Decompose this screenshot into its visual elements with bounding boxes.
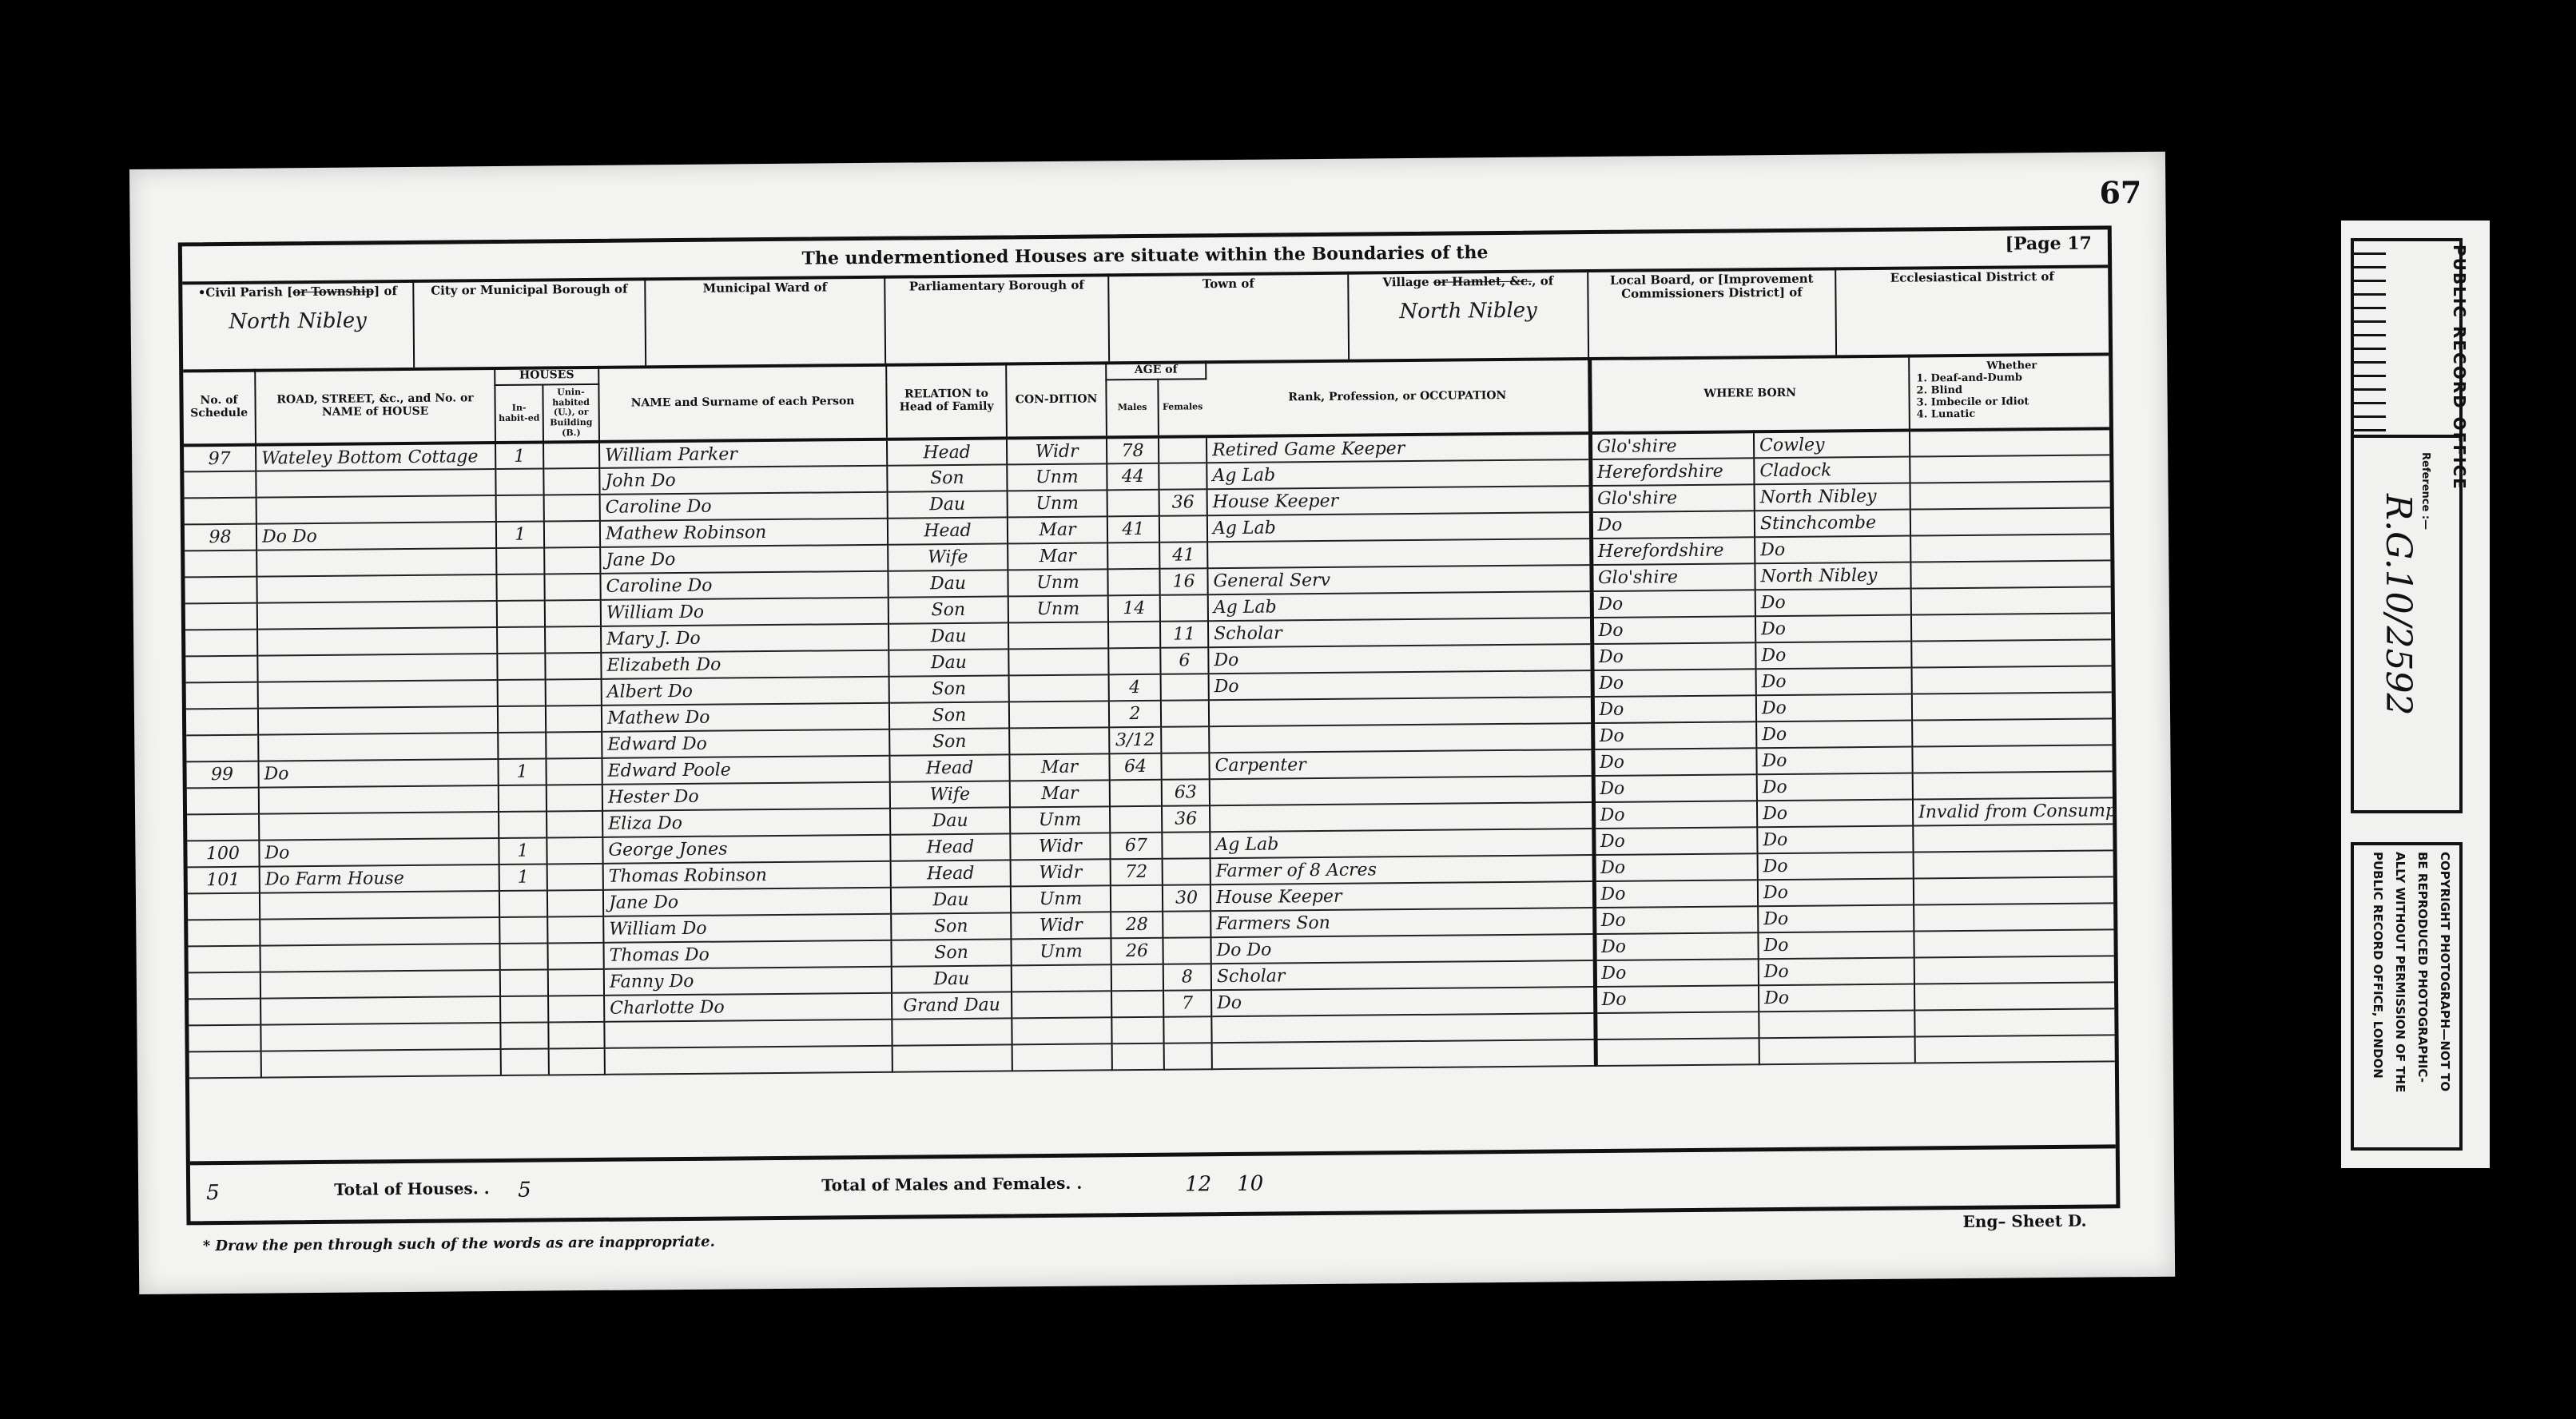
road-name-cell [258,706,498,735]
infirmity-cell [1913,772,2113,800]
total-houses-label: Total of Houses. . [334,1179,490,1199]
relation-cell: Head [890,834,1010,861]
person-name-cell: Mathew Robinson [600,519,888,547]
born-county-cell: Do [1595,960,1759,988]
born-county-cell: Do [1594,854,1758,882]
schedule-number-cell: 99 [186,761,258,789]
person-name-cell: Thomas Robinson [603,861,891,890]
born-county-cell: Do [1593,801,1757,829]
infirmity-cell [1911,640,2111,668]
condition-cell [1008,649,1108,676]
person-name-cell: Thomas Do [603,940,891,969]
col-schedule: No. of Schedule [183,369,256,446]
condition-cell: Widr [1007,438,1107,465]
col-condition: CON-DITION [1006,361,1107,438]
total-males-value: 12 [1185,1172,1211,1196]
infirmity-cell [1910,561,2110,589]
schedule-number-cell: 101 [188,867,260,894]
road-name-cell: Do [258,759,498,788]
female-age-cell [1159,516,1207,543]
male-age-cell: 78 [1107,437,1159,464]
condition-cell: Widr [1010,833,1110,861]
relation-cell: Son [891,940,1011,967]
total-persons-label: Total of Males and Females. . [821,1174,1082,1195]
born-parish-cell: Do [1757,773,1913,801]
col-males: Males [1106,380,1159,438]
born-parish-cell: Do [1758,905,1914,933]
inhabited-count-cell [497,627,545,654]
road-name-cell [256,574,496,603]
relation-cell: Head [887,439,1007,466]
female-age-cell [1163,859,1210,886]
whether-option-4: 4. Lunatic [1917,407,2108,421]
occupation-cell [1210,802,1593,832]
infirmity-cell [1915,1035,2115,1063]
infirmity-cell [1910,482,2110,510]
footnote: * Draw the pen through such of the words… [203,1234,715,1255]
female-age-cell [1164,1043,1212,1071]
born-county-cell: Do [1593,828,1757,856]
female-age-cell: 11 [1160,622,1208,649]
female-age-cell: 7 [1163,991,1211,1018]
born-county-cell: Herefordshire [1590,459,1754,487]
male-age-cell: 67 [1110,833,1162,860]
village-cell: Village or Hamlet, &c., of North Nibley [1349,269,1589,360]
born-parish-cell: Do [1757,800,1913,828]
born-county-cell: Do [1594,933,1758,961]
inhabited-count-cell [499,944,547,971]
infirmity-cell [1914,904,2113,932]
local-board-cell: Local Board, or [Improvement Commissione… [1588,267,1837,357]
schedule-number-cell [189,1051,261,1079]
relation-cell: Head [888,518,1008,545]
born-county-cell: Herefordshire [1591,538,1755,566]
born-county-cell: Do [1594,880,1758,908]
village-label: Village [1382,275,1433,290]
person-name-cell: William Do [601,598,888,626]
born-county-cell: Do [1592,670,1756,698]
person-name-cell: Mary J. Do [601,624,888,653]
female-age-cell [1160,595,1208,622]
male-age-cell [1111,964,1163,992]
male-age-cell [1112,1043,1164,1071]
born-county-cell: Glo'shire [1591,564,1755,592]
person-name-cell: Charlotte Do [604,993,892,1022]
copyright-line-3: ALLY WITHOUT PERMISSION OF THE [2389,852,2411,1139]
town-label: Town of [1203,276,1254,292]
born-parish-cell: Do [1758,853,1914,880]
uninhabited-count-cell [544,547,600,574]
condition-cell: Unm [1011,886,1111,913]
uninhabited-count-cell [547,890,603,917]
relation-cell: Grand Dau [892,992,1012,1020]
reference-box: Reference :— R.G.10/2592 [2351,438,2463,813]
male-age-cell [1107,569,1159,596]
col-occupation: Rank, Profession, or OCCUPATION [1206,357,1590,436]
schedule-number-cell [186,735,258,762]
road-name-cell [259,812,499,841]
inhabited-count-cell [499,785,547,813]
relation-cell: Head [891,861,1011,888]
person-name-cell: John Do [599,466,887,495]
schedule-number-cell [185,498,256,525]
female-age-cell: 36 [1159,490,1207,517]
occupation-cell [1212,1039,1596,1069]
male-age-cell: 64 [1109,753,1161,781]
born-parish-cell: Do [1755,642,1911,670]
occupation-cell [1209,723,1592,753]
infirmity-cell [1910,535,2110,562]
village-value: North Nibley [1354,299,1582,324]
schedule-number-cell: 98 [185,524,256,551]
relation-cell: Son [889,729,1009,756]
born-county-cell: Do [1592,590,1755,618]
schedule-number-cell [188,946,260,973]
female-age-cell [1161,753,1209,781]
occupation-cell: Farmers Son [1210,908,1594,937]
occupation-cell: Do [1211,987,1595,1016]
born-county-cell: Do [1592,617,1755,645]
civil-parish-label-struck: or Township [292,284,374,299]
municipal-ward-label: Municipal Ward of [703,280,828,295]
census-table: No. of Schedule ROAD, STREET, &c., and N… [183,352,2115,1079]
born-county-cell [1595,1012,1759,1040]
person-name-cell: Eliza Do [602,809,890,837]
inhabited-count-cell [497,601,545,628]
male-age-cell [1111,991,1163,1018]
male-age-cell: 4 [1109,674,1161,702]
relation-cell: Dau [888,491,1008,519]
condition-cell: Mar [1008,517,1107,544]
person-name-cell: William Do [603,914,891,943]
condition-cell: Unm [1007,464,1107,491]
occupation-cell [1211,1013,1595,1043]
road-name-cell [258,680,498,709]
condition-cell [1008,622,1108,650]
occupation-cell: Scholar [1208,618,1592,647]
road-name-cell [260,917,499,946]
born-parish-cell: Do [1757,826,1913,854]
uninhabited-count-cell [548,1022,604,1049]
condition-cell: Unm [1011,939,1111,966]
person-name-cell: Elizabeth Do [601,650,888,679]
female-age-cell: 8 [1163,964,1211,992]
male-age-cell [1107,543,1159,570]
person-name-cell: Jane Do [600,545,888,574]
schedule-number-cell [189,972,260,1000]
condition-cell: Mar [1010,781,1110,808]
female-age-cell: 36 [1162,806,1210,833]
female-age-cell [1162,833,1210,860]
relation-cell: Dau [892,966,1012,993]
infirmity-cell [1914,877,2113,905]
city-borough-cell: City or Municipal Borough of [414,277,646,368]
male-age-cell [1110,780,1162,807]
male-age-cell: 28 [1111,912,1163,939]
condition-cell: Unm [1008,491,1107,518]
condition-cell [1012,1018,1111,1045]
inhabited-count-cell [500,1023,548,1050]
male-age-cell: 2 [1109,701,1161,728]
occupation-cell [1207,539,1591,568]
male-age-cell: 26 [1111,938,1163,965]
inhabited-count-cell: 1 [498,759,546,786]
occupation-cell [1210,776,1593,805]
occupation-cell: House Keeper [1207,486,1591,515]
infirmity-cell [1914,956,2114,984]
uninhabited-count-cell [547,943,603,970]
born-county-cell: Do [1592,722,1756,750]
born-parish-cell [1759,1037,1915,1065]
uninhabited-count-cell [546,706,602,733]
public-record-office-strip: PUBLIC RECORD OFFICE Reference :— R.G.10… [2341,221,2490,1168]
born-parish-cell: North Nibley [1755,562,1910,590]
condition-cell: Widr [1011,912,1111,940]
born-county-cell: Do [1591,511,1755,539]
condition-cell [1012,965,1111,992]
road-name-cell [260,996,500,1025]
civil-parish-value: North Nibley [188,309,408,335]
inhabited-count-cell: 1 [496,522,544,549]
inhabited-count-cell [496,574,544,602]
road-name-cell [256,469,495,498]
born-county-cell: Glo'shire [1590,432,1754,460]
condition-cell [1009,702,1109,729]
road-name-cell: Wateley Bottom Cottage [256,443,495,471]
female-age-cell: 16 [1159,569,1207,596]
relation-cell: Head [889,755,1009,782]
occupation-cell: Ag Lab [1207,512,1591,542]
condition-cell: Unm [1010,807,1110,834]
infirmity-cell [1911,614,2111,642]
inhabited-count-cell [499,891,547,918]
condition-cell: Mar [1009,754,1109,781]
census-sheet: 67 The undermentioned Houses are situate… [129,152,2175,1294]
totals-margin-count: 5 [206,1181,220,1205]
male-age-cell [1108,622,1160,649]
col-uninhabited: Unin-habited (U.), or Building (B.) [543,384,599,443]
road-name-cell [256,495,496,524]
road-name-cell [260,970,500,999]
relation-cell: Dau [888,570,1008,598]
copyright-line-2: BE REPRODUCED PHOTOGRAPHIC- [2411,852,2434,1139]
female-age-cell: 6 [1160,648,1208,675]
male-age-cell [1107,490,1159,517]
road-name-cell [257,627,497,656]
female-age-cell: 30 [1163,885,1210,912]
born-county-cell: Do [1592,643,1755,671]
total-females-value: 10 [1237,1172,1263,1196]
occupation-cell: Do Do [1210,934,1594,964]
born-parish-cell: Do [1755,589,1911,617]
condition-cell: Widr [1011,860,1111,887]
inhabited-count-cell [497,654,545,681]
male-age-cell: 44 [1107,463,1159,491]
infirmity-cell [1914,930,2113,958]
parliamentary-borough-label: Parliamentary Borough of [909,278,1084,294]
uninhabited-count-cell [548,969,604,996]
person-name-cell: William Parker [599,439,887,468]
male-age-cell: 14 [1108,595,1160,622]
relation-cell [892,1019,1012,1046]
schedule-number-cell [188,893,260,920]
road-name-cell: Do Farm House [260,865,499,893]
occupation-cell [1209,697,1592,726]
female-age-cell [1161,727,1209,754]
occupation-cell: Scholar [1211,960,1595,990]
born-parish-cell: Do [1756,668,1912,696]
uninhabited-count-cell [544,495,600,522]
female-age-cell [1163,912,1210,939]
schedule-number-cell [184,471,256,499]
uninhabited-count-cell [546,679,602,706]
relation-cell: Son [888,597,1008,624]
born-parish-cell: Do [1758,932,1914,960]
inhabited-count-cell [498,706,546,733]
civil-parish-label-end: ] of [374,284,397,298]
born-parish-cell: Do [1755,536,1910,564]
female-age-cell [1159,437,1207,464]
relation-cell: Son [889,702,1009,729]
road-name-cell [258,733,498,761]
condition-cell [1012,992,1111,1019]
person-name-cell: Caroline Do [600,571,888,600]
occupation-cell: House Keeper [1210,881,1594,911]
sheet-id: Eng– Sheet D. [1963,1211,2087,1231]
born-county-cell: Glo'shire [1591,485,1755,513]
page-label: [Page 17 [2006,233,2093,255]
road-name-cell [257,654,497,682]
uninhabited-count-cell [546,732,602,759]
female-age-cell [1161,674,1209,702]
uninhabited-count-cell [547,837,602,865]
road-name-cell [260,891,499,920]
female-age-cell [1163,938,1210,965]
inhabited-count-cell [498,680,546,707]
uninhabited-count-cell [543,468,599,495]
born-parish-cell: Do [1755,615,1911,643]
civil-parish-cell: •Civil Parish [or Township] of North Nib… [182,280,415,370]
condition-cell [1009,675,1109,702]
road-name-cell [260,944,499,972]
total-houses-value: 5 [518,1179,531,1202]
infirmity-cell [1911,587,2111,615]
born-parish-cell [1759,1011,1914,1039]
born-county-cell: Do [1592,749,1756,777]
civil-parish-label: •Civil Parish [ [198,284,293,300]
col-relation: RELATION to Head of Family [886,362,1007,439]
uninhabited-count-cell [547,916,603,944]
col-name: NAME and Surname of each Person [598,364,887,442]
person-name-cell [605,1046,892,1075]
relation-cell: Dau [890,808,1010,835]
copyright-notice: COPYRIGHT PHOTOGRAPH—NOT TO BE REPRODUCE… [2351,842,2463,1151]
reference-value: R.G.10/2592 [2378,494,2419,715]
occupation-cell: Do [1208,644,1592,674]
relation-cell: Son [887,465,1007,492]
born-county-cell [1596,1039,1759,1067]
person-name-cell: George Jones [602,835,890,864]
schedule-number-cell [186,709,258,736]
relation-cell: Son [891,913,1011,940]
schedule-number-cell [185,656,257,683]
infirmity-cell [1910,455,2109,483]
male-age-cell: 41 [1107,516,1159,543]
condition-cell [1012,1044,1112,1071]
uninhabited-count-cell [543,442,599,469]
occupation-cell: Retired Game Keeper [1207,433,1590,463]
road-name-cell [256,548,496,577]
male-age-cell: 72 [1111,859,1163,886]
reference-label: Reference :— [2419,452,2431,530]
schedule-number-cell [188,920,260,947]
schedule-number-cell [187,814,259,841]
uninhabited-count-cell [549,1048,605,1075]
occupation-cell: Do [1209,670,1592,700]
relation-cell [892,1045,1012,1072]
person-name-cell: Jane Do [603,888,891,916]
born-parish-cell: Cladock [1754,457,1910,485]
male-age-cell [1111,1017,1163,1044]
person-name-cell: Albert Do [602,677,889,706]
born-parish-cell: Do [1759,958,1914,986]
col-age: AGE of [1106,360,1206,380]
inhabited-count-cell [496,548,544,575]
schedule-number-cell [189,999,260,1026]
col-females: Females [1158,379,1207,437]
uninhabited-count-cell [544,521,600,548]
uninhabited-count-cell [545,653,601,680]
infirmity-cell [1912,719,2112,747]
relation-cell: Dau [888,623,1008,650]
schedule-number-cell [185,551,256,578]
infirmity-cell [1914,851,2113,879]
uninhabited-count-cell [544,574,600,601]
uninhabited-count-cell [547,811,602,838]
inhabited-count-cell [499,917,547,944]
census-rows: 97Wateley Bottom Cottage1William ParkerH… [184,429,2115,1079]
uninhabited-count-cell [548,996,604,1023]
condition-cell: Unm [1008,570,1107,597]
relation-cell: Dau [888,650,1008,677]
road-name-cell: Do Do [256,522,496,551]
occupation-cell: Carpenter [1209,749,1592,779]
inhabited-count-cell [496,495,544,523]
born-parish-cell: North Nibley [1755,483,1910,511]
municipal-ward-cell: Municipal Ward of [646,276,886,366]
male-age-cell [1110,806,1162,833]
relation-cell: Wife [890,781,1010,809]
born-parish-cell: Do [1756,721,1912,749]
occupation-cell: General Serv [1207,565,1591,594]
parliamentary-borough-cell: Parliamentary Borough of [885,273,1110,363]
female-age-cell [1159,463,1207,491]
person-name-cell: Mathew Do [602,703,889,732]
col-inhabited: In-habit-ed [495,385,543,443]
inhabited-count-cell [495,469,543,496]
female-age-cell: 41 [1159,543,1207,570]
uninhabited-count-cell [546,758,602,785]
occupation-cell: Ag Lab [1207,459,1590,489]
inhabited-count-cell: 1 [499,838,547,865]
relation-cell: Dau [891,887,1011,914]
relation-cell: Wife [888,544,1008,571]
inhabited-count-cell [500,996,548,1024]
road-name-cell [260,1023,500,1051]
census-form-frame: The undermentioned Houses are situate wi… [178,225,2121,1225]
col-road: ROAD, STREET, &c., and No. or NAME of HO… [255,367,495,445]
born-parish-cell: Do [1756,694,1912,722]
